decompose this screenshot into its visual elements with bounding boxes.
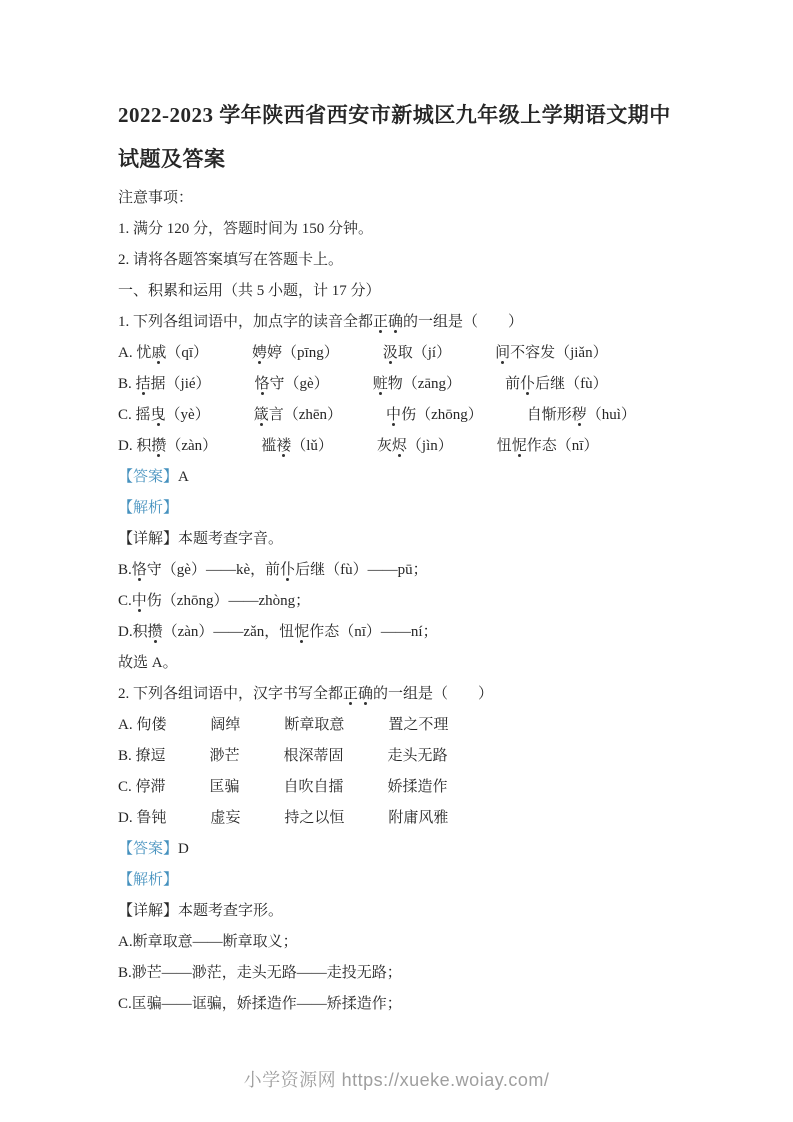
doc-line: 1. 满分 120 分，答题时间为 150 分钟。 xyxy=(118,219,683,240)
bracket-label: 【解析】 xyxy=(118,872,178,888)
doc-line: 1. 下列各组词语中，加点字的读音全都正确的一组是（ ） xyxy=(118,312,683,333)
text-segment: 走头无路 xyxy=(388,748,448,764)
footer-url: https://xueke.woiay.com/ xyxy=(342,1070,550,1090)
emphasized-char: 怩 xyxy=(294,624,309,640)
option-cell: A. 忧戚（qī） xyxy=(118,343,208,364)
option-cell: B. 拮据（jié） xyxy=(118,374,211,395)
option-cell: 娇揉造作 xyxy=(388,777,448,798)
text-segment: 2. 请将各题答案填写在答题卡上。 xyxy=(118,252,343,268)
text-segment: 持之以恒 xyxy=(284,810,344,826)
text-segment: 渺芒 xyxy=(210,748,240,764)
emphasized-char: 箴 xyxy=(254,407,269,423)
emphasized-char: 确 xyxy=(358,686,373,702)
bracket-label: 【答案】 xyxy=(118,469,178,485)
emphasized-char: 褛 xyxy=(276,438,291,454)
text-segment: D. 鲁钝 xyxy=(118,810,166,826)
emphasized-char: 赃 xyxy=(373,376,388,392)
text-segment: 后继（fù） xyxy=(535,376,608,392)
option-row: A. 佝偻阔绰断章取意置之不理 xyxy=(118,715,683,736)
option-cell: B. 撩逗 xyxy=(118,746,166,767)
text-segment: 不容发（jiǎn） xyxy=(510,345,608,361)
doc-title-line: 试题及答案 xyxy=(118,144,683,174)
text-segment: （jìn） xyxy=(407,438,453,454)
text-segment: 【详解】本题考查字形。 xyxy=(118,903,283,919)
text-segment: 断章取意 xyxy=(284,717,344,733)
doc-line: D.积攒（zàn）——zǎn，忸怩作态（nī）——ní； xyxy=(118,622,683,643)
option-cell: 阔绰 xyxy=(210,715,240,736)
emphasized-char: 怩 xyxy=(512,438,527,454)
text-segment: 自吹自擂 xyxy=(284,779,344,795)
option-cell: 恪守（gè） xyxy=(255,374,329,395)
doc-line: 【解析】 xyxy=(118,498,683,519)
emphasized-char: 秽 xyxy=(572,407,587,423)
text-segment: 娇揉造作 xyxy=(388,779,448,795)
option-cell: 自惭形秽（huì） xyxy=(527,405,636,426)
doc-line: B.渺芒——渺茫，走头无路——走投无路； xyxy=(118,963,683,984)
option-row: B. 撩逗渺芒根深蒂固走头无路 xyxy=(118,746,683,767)
doc-title-line: 2022-2023 学年陕西省西安市新城区九年级上学期语文期中 xyxy=(118,100,683,130)
text-segment: 附庸风雅 xyxy=(388,810,448,826)
text-segment: B.渺芒——渺茫，走头无路——走投无路； xyxy=(118,965,402,981)
option-cell: 间不容发（jiǎn） xyxy=(495,343,608,364)
option-row: C. 停滞匡骗自吹自擂娇揉造作 xyxy=(118,777,683,798)
option-cell: 前仆后继（fù） xyxy=(505,374,608,395)
text-segment: 作态（nī）——ní； xyxy=(309,624,437,640)
option-row: C. 摇曳（yè）箴言（zhēn）中伤（zhōng）自惭形秽（huì） xyxy=(118,405,683,426)
emphasized-char: 确 xyxy=(388,314,403,330)
text-segment: 的一组是（ ） xyxy=(373,686,493,702)
text-segment: B. xyxy=(118,376,136,392)
doc-line: 【详解】本题考查字音。 xyxy=(118,529,683,550)
text-segment: C. 摇 xyxy=(118,407,151,423)
text-segment: C. 停滞 xyxy=(118,779,166,795)
text-segment: 前 xyxy=(505,376,520,392)
emphasized-char: 正 xyxy=(373,314,388,330)
text-segment: 匡骗 xyxy=(210,779,240,795)
text-segment: 2022-2023 学年陕西省西安市新城区九年级上学期语文期中 xyxy=(118,103,671,127)
option-cell: 赃物（zāng） xyxy=(373,374,461,395)
emphasized-char: 曳 xyxy=(151,407,166,423)
option-cell: 根深蒂固 xyxy=(284,746,344,767)
text-segment: 一、积累和运用（共 5 小题，计 17 分） xyxy=(118,283,381,299)
text-segment: 褴 xyxy=(261,438,276,454)
doc-line: A.断章取意——断章取义； xyxy=(118,932,683,953)
doc-line: 2. 请将各题答案填写在答题卡上。 xyxy=(118,250,683,271)
exam-document-page: 2022-2023 学年陕西省西安市新城区九年级上学期语文期中试题及答案注意事项… xyxy=(0,0,793,1122)
emphasized-char: 仆 xyxy=(520,376,535,392)
doc-line: B.恪守（gè）——kè，前仆后继（fù）——pū； xyxy=(118,560,683,581)
text-segment: 取（jí） xyxy=(398,345,451,361)
emphasized-char: 攒 xyxy=(151,438,166,454)
text-segment: D. 积 xyxy=(118,438,151,454)
text-segment: 试题及答案 xyxy=(118,147,226,171)
emphasized-char: 戚 xyxy=(151,345,166,361)
emphasized-char: 中 xyxy=(386,407,401,423)
text-segment: 根深蒂固 xyxy=(284,748,344,764)
text-segment: 后继（fù）——pū； xyxy=(295,562,428,578)
doc-line: 【详解】本题考查字形。 xyxy=(118,901,683,922)
text-segment: （zàn） xyxy=(166,438,217,454)
option-cell: 匡骗 xyxy=(210,777,240,798)
option-cell: 汲取（jí） xyxy=(383,343,451,364)
text-segment: 伤（zhōng）——zhòng； xyxy=(147,593,310,609)
text-segment: 灰 xyxy=(377,438,392,454)
text-segment: 守（gè）——kè，前 xyxy=(147,562,280,578)
emphasized-char: 仆 xyxy=(280,562,295,578)
doc-line: 注意事项： xyxy=(118,188,683,209)
emphasized-char: 攒 xyxy=(148,624,163,640)
option-row: A. 忧戚（qī）娉婷（pīng）汲取（jí）间不容发（jiǎn） xyxy=(118,343,683,364)
text-segment: 据（jié） xyxy=(151,376,211,392)
option-cell: 灰烬（jìn） xyxy=(377,436,453,457)
text-segment: A xyxy=(178,469,189,485)
text-segment: 1. 下列各组词语中，加点字的读音全都 xyxy=(118,314,373,330)
option-cell: 持之以恒 xyxy=(284,808,344,829)
option-cell: 渺芒 xyxy=(210,746,240,767)
text-segment: 物（zāng） xyxy=(388,376,461,392)
text-segment: （zàn）——zǎn，忸 xyxy=(163,624,295,640)
option-cell: D. 鲁钝 xyxy=(118,808,166,829)
doc-line: 【答案】A xyxy=(118,467,683,488)
text-segment: 置之不理 xyxy=(388,717,448,733)
emphasized-char: 正 xyxy=(343,686,358,702)
text-segment: C. xyxy=(118,593,132,609)
doc-line: 2. 下列各组词语中，汉字书写全都正确的一组是（ ） xyxy=(118,684,683,705)
option-cell: 置之不理 xyxy=(388,715,448,736)
doc-line: 一、积累和运用（共 5 小题，计 17 分） xyxy=(118,281,683,302)
emphasized-char: 间 xyxy=(495,345,510,361)
text-segment: （huì） xyxy=(587,407,636,423)
option-row: D. 积攒（zàn）褴褛（lǔ）灰烬（jìn）忸怩作态（nī） xyxy=(118,436,683,457)
option-cell: C. 停滞 xyxy=(118,777,166,798)
emphasized-char: 汲 xyxy=(383,345,398,361)
text-segment: 2. 下列各组词语中，汉字书写全都 xyxy=(118,686,343,702)
text-segment: 作态（nī） xyxy=(527,438,599,454)
text-segment: 守（gè） xyxy=(270,376,329,392)
text-segment: A. 佝偻 xyxy=(118,717,166,733)
option-cell: 自吹自擂 xyxy=(284,777,344,798)
doc-line: C.匡骗——诓骗，娇揉造作——矫揉造作； xyxy=(118,994,683,1015)
text-segment: D xyxy=(178,841,189,857)
bracket-label: 【答案】 xyxy=(118,841,178,857)
footer-site-name: 小学资源网 xyxy=(244,1070,337,1090)
text-segment: C.匡骗——诓骗，娇揉造作——矫揉造作； xyxy=(118,996,402,1012)
option-cell: C. 摇曳（yè） xyxy=(118,405,210,426)
text-segment: 忸 xyxy=(497,438,512,454)
text-segment: 的一组是（ ） xyxy=(403,314,523,330)
option-cell: 走头无路 xyxy=(388,746,448,767)
text-segment: （qī） xyxy=(166,345,208,361)
emphasized-char: 拮 xyxy=(136,376,151,392)
document-body: 2022-2023 学年陕西省西安市新城区九年级上学期语文期中试题及答案注意事项… xyxy=(0,0,793,1015)
text-segment: B. xyxy=(118,562,132,578)
option-cell: 娉婷（pīng） xyxy=(252,343,339,364)
text-segment: 阔绰 xyxy=(210,717,240,733)
doc-line: C.中伤（zhōng）——zhòng； xyxy=(118,591,683,612)
option-cell: 褴褛（lǔ） xyxy=(261,436,333,457)
option-cell: D. 积攒（zàn） xyxy=(118,436,217,457)
doc-line: 故选 A。 xyxy=(118,653,683,674)
option-cell: 虚妄 xyxy=(210,808,240,829)
doc-line: 【答案】D xyxy=(118,839,683,860)
option-row: D. 鲁钝虚妄持之以恒附庸风雅 xyxy=(118,808,683,829)
text-segment: 故选 A。 xyxy=(118,655,178,671)
text-segment: 1. 满分 120 分，答题时间为 150 分钟。 xyxy=(118,221,373,237)
option-row: B. 拮据（jié）恪守（gè）赃物（zāng）前仆后继（fù） xyxy=(118,374,683,395)
text-segment: 自惭形 xyxy=(527,407,572,423)
text-segment: A. 忧 xyxy=(118,345,151,361)
text-segment: D.积 xyxy=(118,624,148,640)
text-segment: 【详解】本题考查字音。 xyxy=(118,531,283,547)
doc-line: 【解析】 xyxy=(118,870,683,891)
text-segment: （lǔ） xyxy=(291,438,333,454)
emphasized-char: 恪 xyxy=(255,376,270,392)
option-cell: 忸怩作态（nī） xyxy=(497,436,599,457)
text-segment: （yè） xyxy=(166,407,210,423)
emphasized-char: 中 xyxy=(132,593,147,609)
option-cell: 断章取意 xyxy=(284,715,344,736)
option-cell: A. 佝偻 xyxy=(118,715,166,736)
text-segment: A.断章取意——断章取义； xyxy=(118,934,298,950)
option-cell: 箴言（zhēn） xyxy=(254,405,342,426)
option-cell: 附庸风雅 xyxy=(388,808,448,829)
page-footer: 小学资源网 https://xueke.woiay.com/ xyxy=(0,1066,793,1092)
emphasized-char: 烬 xyxy=(392,438,407,454)
text-segment: 言（zhēn） xyxy=(269,407,342,423)
text-segment: B. 撩逗 xyxy=(118,748,166,764)
bracket-label: 【解析】 xyxy=(118,500,178,516)
text-segment: 伤（zhōng） xyxy=(401,407,483,423)
text-segment: 虚妄 xyxy=(210,810,240,826)
option-cell: 中伤（zhōng） xyxy=(386,405,483,426)
emphasized-char: 娉 xyxy=(252,345,267,361)
text-segment: 婷（pīng） xyxy=(267,345,339,361)
emphasized-char: 恪 xyxy=(132,562,147,578)
text-segment: 注意事项： xyxy=(118,190,193,206)
